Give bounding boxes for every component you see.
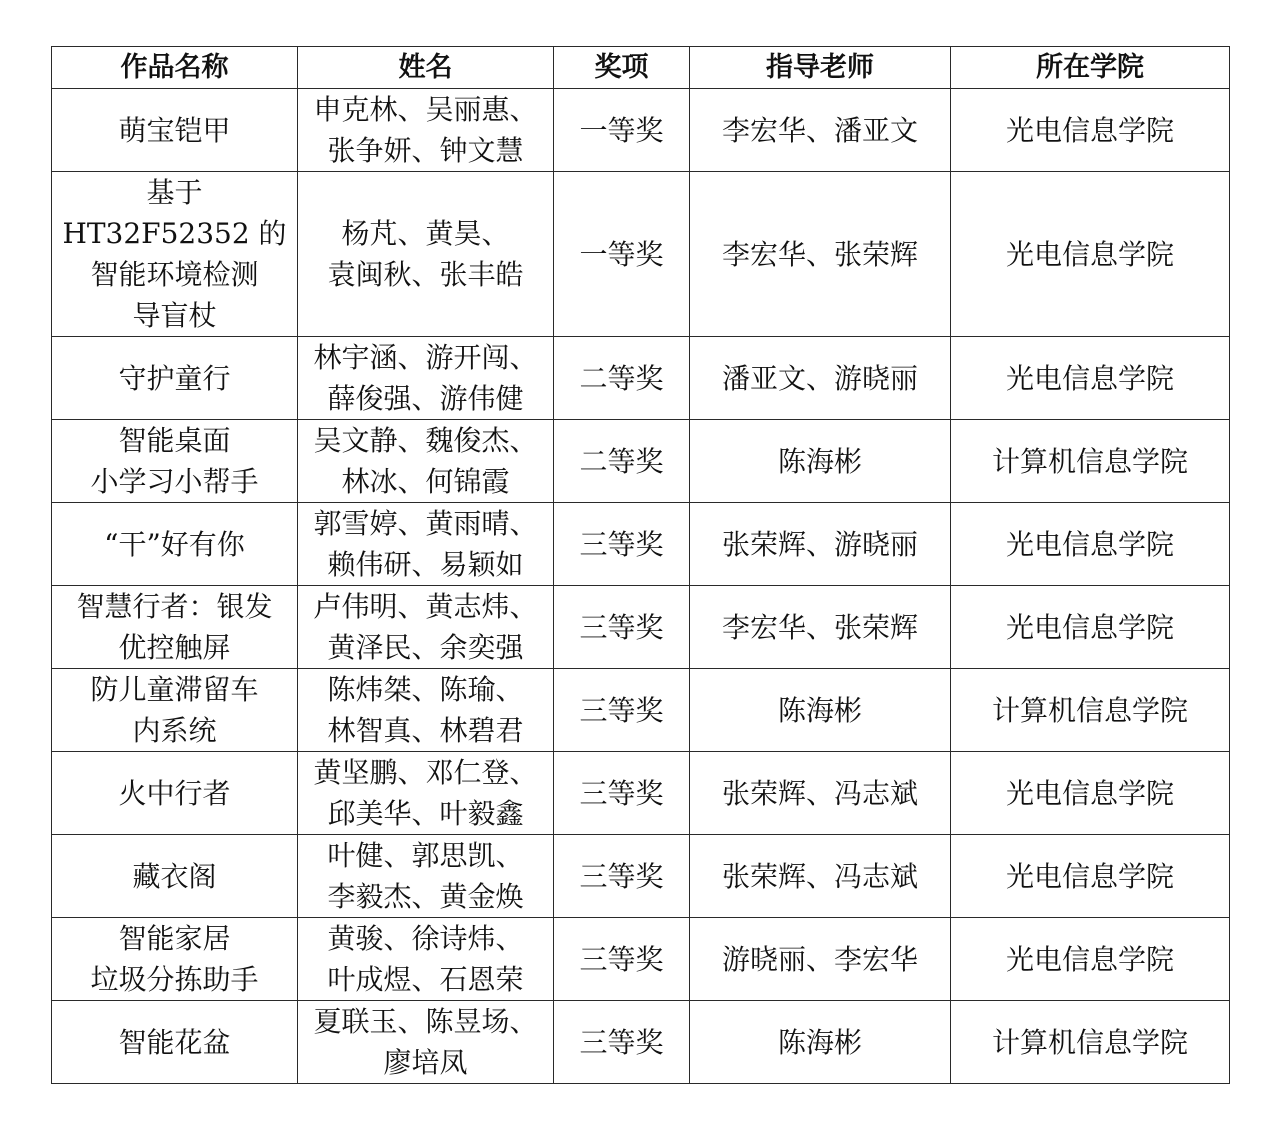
- table-header-row: 作品名称 姓名 奖项 指导老师 所在学院: [52, 47, 1230, 89]
- cell-college: 光电信息学院: [951, 752, 1230, 835]
- cell-advisor: 张荣辉、冯志斌: [690, 752, 951, 835]
- award-results-table: 作品名称 姓名 奖项 指导老师 所在学院 萌宝铠甲 申克林、吴丽惠、 张争妍、钟…: [51, 46, 1230, 1084]
- cell-award: 三等奖: [554, 669, 690, 752]
- table-row: 智能桌面 小学习小帮手 吴文静、魏俊杰、 林冰、何锦霞 二等奖 陈海彬 计算机信…: [52, 420, 1230, 503]
- work-title-line: 守护童行: [56, 358, 293, 399]
- names-line: 林宇涵、游开闯、: [302, 337, 549, 378]
- work-title-line: 优控触屏: [56, 627, 293, 668]
- header-work-title: 作品名称: [52, 47, 298, 89]
- names-line: 黄骏、徐诗炜、: [302, 918, 549, 959]
- cell-advisor: 潘亚文、游晓丽: [690, 337, 951, 420]
- header-college: 所在学院: [951, 47, 1230, 89]
- cell-award: 一等奖: [554, 172, 690, 337]
- cell-work-title: 智能花盆: [52, 1001, 298, 1084]
- names-line: 薛俊强、游伟健: [302, 378, 549, 419]
- table-row: 萌宝铠甲 申克林、吴丽惠、 张争妍、钟文慧 一等奖 李宏华、潘亚文 光电信息学院: [52, 89, 1230, 172]
- table-row: 守护童行 林宇涵、游开闯、 薛俊强、游伟健 二等奖 潘亚文、游晓丽 光电信息学院: [52, 337, 1230, 420]
- cell-award: 三等奖: [554, 918, 690, 1001]
- cell-college: 光电信息学院: [951, 89, 1230, 172]
- names-line: 黄坚鹏、邓仁登、: [302, 752, 549, 793]
- work-title-line: 智能环境检测: [56, 254, 293, 295]
- names-line: 林智真、林碧君: [302, 710, 549, 751]
- cell-award: 三等奖: [554, 1001, 690, 1084]
- work-title-line: HT32F52352 的: [56, 213, 293, 254]
- table-row: 智慧行者：银发 优控触屏 卢伟明、黄志炜、 黄泽民、余奕强 三等奖 李宏华、张荣…: [52, 586, 1230, 669]
- cell-award: 三等奖: [554, 752, 690, 835]
- table-row: 智能家居 垃圾分拣助手 黄骏、徐诗炜、 叶成煜、石恩荣 三等奖 游晓丽、李宏华 …: [52, 918, 1230, 1001]
- work-title-line: 防儿童滞留车: [56, 669, 293, 710]
- work-title-line: 基于: [56, 172, 293, 213]
- cell-work-title: 基于 HT32F52352 的 智能环境检测 导盲杖: [52, 172, 298, 337]
- cell-college: 计算机信息学院: [951, 1001, 1230, 1084]
- cell-names: 黄骏、徐诗炜、 叶成煜、石恩荣: [298, 918, 554, 1001]
- cell-names: 吴文静、魏俊杰、 林冰、何锦霞: [298, 420, 554, 503]
- names-line: 黄泽民、余奕强: [302, 627, 549, 668]
- names-line: 李毅杰、黄金焕: [302, 876, 549, 917]
- cell-award: 三等奖: [554, 503, 690, 586]
- names-line: 袁闽秋、张丰皓: [302, 254, 549, 295]
- work-title-line: 智能花盆: [56, 1022, 293, 1063]
- cell-names: 叶健、郭思凯、 李毅杰、黄金焕: [298, 835, 554, 918]
- cell-college: 光电信息学院: [951, 835, 1230, 918]
- cell-college: 光电信息学院: [951, 503, 1230, 586]
- work-title-line: 火中行者: [56, 773, 293, 814]
- cell-advisor: 李宏华、张荣辉: [690, 586, 951, 669]
- cell-work-title: 萌宝铠甲: [52, 89, 298, 172]
- cell-award: 二等奖: [554, 420, 690, 503]
- header-names: 姓名: [298, 47, 554, 89]
- names-line: 林冰、何锦霞: [302, 461, 549, 502]
- cell-advisor: 陈海彬: [690, 669, 951, 752]
- cell-college: 光电信息学院: [951, 172, 1230, 337]
- cell-names: 杨芃、黄昊、 袁闽秋、张丰皓: [298, 172, 554, 337]
- names-line: 夏联玉、陈昱场、: [302, 1001, 549, 1042]
- cell-work-title: 藏衣阁: [52, 835, 298, 918]
- names-line: 廖培凤: [302, 1042, 549, 1083]
- work-title-line: 小学习小帮手: [56, 461, 293, 502]
- names-line: 郭雪婷、黄雨晴、: [302, 503, 549, 544]
- cell-college: 计算机信息学院: [951, 420, 1230, 503]
- cell-work-title: 智能桌面 小学习小帮手: [52, 420, 298, 503]
- cell-award: 三等奖: [554, 586, 690, 669]
- table-row: 藏衣阁 叶健、郭思凯、 李毅杰、黄金焕 三等奖 张荣辉、冯志斌 光电信息学院: [52, 835, 1230, 918]
- cell-college: 光电信息学院: [951, 586, 1230, 669]
- work-title-line: 藏衣阁: [56, 856, 293, 897]
- cell-names: 林宇涵、游开闯、 薛俊强、游伟健: [298, 337, 554, 420]
- header-award: 奖项: [554, 47, 690, 89]
- names-line: 杨芃、黄昊、: [302, 213, 549, 254]
- work-title-line: 智慧行者：银发: [56, 586, 293, 627]
- cell-names: 申克林、吴丽惠、 张争妍、钟文慧: [298, 89, 554, 172]
- cell-advisor: 陈海彬: [690, 1001, 951, 1084]
- cell-advisor: 游晓丽、李宏华: [690, 918, 951, 1001]
- names-line: 申克林、吴丽惠、: [302, 89, 549, 130]
- cell-names: 卢伟明、黄志炜、 黄泽民、余奕强: [298, 586, 554, 669]
- names-line: 张争妍、钟文慧: [302, 130, 549, 171]
- work-title-line: 智能家居: [56, 918, 293, 959]
- work-title-line: 垃圾分拣助手: [56, 959, 293, 1000]
- names-line: 卢伟明、黄志炜、: [302, 586, 549, 627]
- work-title-line: 导盲杖: [56, 295, 293, 336]
- table-row: 防儿童滞留车 内系统 陈炜桀、陈瑜、 林智真、林碧君 三等奖 陈海彬 计算机信息…: [52, 669, 1230, 752]
- cell-names: 黄坚鹏、邓仁登、 邱美华、叶毅鑫: [298, 752, 554, 835]
- cell-names: 陈炜桀、陈瑜、 林智真、林碧君: [298, 669, 554, 752]
- cell-award: 一等奖: [554, 89, 690, 172]
- cell-advisor: 张荣辉、冯志斌: [690, 835, 951, 918]
- cell-work-title: 智慧行者：银发 优控触屏: [52, 586, 298, 669]
- cell-work-title: 防儿童滞留车 内系统: [52, 669, 298, 752]
- cell-work-title: 火中行者: [52, 752, 298, 835]
- cell-work-title: 智能家居 垃圾分拣助手: [52, 918, 298, 1001]
- cell-college: 光电信息学院: [951, 918, 1230, 1001]
- names-line: 叶健、郭思凯、: [302, 835, 549, 876]
- cell-names: 夏联玉、陈昱场、 廖培凤: [298, 1001, 554, 1084]
- names-line: 赖伟研、易颖如: [302, 544, 549, 585]
- work-title-line: 内系统: [56, 710, 293, 751]
- names-line: 吴文静、魏俊杰、: [302, 420, 549, 461]
- work-title-line: 萌宝铠甲: [56, 110, 293, 151]
- cell-advisor: 李宏华、潘亚文: [690, 89, 951, 172]
- cell-advisor: 陈海彬: [690, 420, 951, 503]
- cell-award: 二等奖: [554, 337, 690, 420]
- cell-college: 光电信息学院: [951, 337, 1230, 420]
- cell-work-title: “干”好有你: [52, 503, 298, 586]
- work-title-line: “干”好有你: [56, 524, 293, 565]
- cell-advisor: 张荣辉、游晓丽: [690, 503, 951, 586]
- cell-college: 计算机信息学院: [951, 669, 1230, 752]
- table-row: 基于 HT32F52352 的 智能环境检测 导盲杖 杨芃、黄昊、 袁闽秋、张丰…: [52, 172, 1230, 337]
- names-line: 邱美华、叶毅鑫: [302, 793, 549, 834]
- table-row: 智能花盆 夏联玉、陈昱场、 廖培凤 三等奖 陈海彬 计算机信息学院: [52, 1001, 1230, 1084]
- header-advisor: 指导老师: [690, 47, 951, 89]
- cell-award: 三等奖: [554, 835, 690, 918]
- table-row: 火中行者 黄坚鹏、邓仁登、 邱美华、叶毅鑫 三等奖 张荣辉、冯志斌 光电信息学院: [52, 752, 1230, 835]
- work-title-line: 智能桌面: [56, 420, 293, 461]
- table-row: “干”好有你 郭雪婷、黄雨晴、 赖伟研、易颖如 三等奖 张荣辉、游晓丽 光电信息…: [52, 503, 1230, 586]
- cell-names: 郭雪婷、黄雨晴、 赖伟研、易颖如: [298, 503, 554, 586]
- cell-advisor: 李宏华、张荣辉: [690, 172, 951, 337]
- cell-work-title: 守护童行: [52, 337, 298, 420]
- names-line: 叶成煜、石恩荣: [302, 959, 549, 1000]
- names-line: 陈炜桀、陈瑜、: [302, 669, 549, 710]
